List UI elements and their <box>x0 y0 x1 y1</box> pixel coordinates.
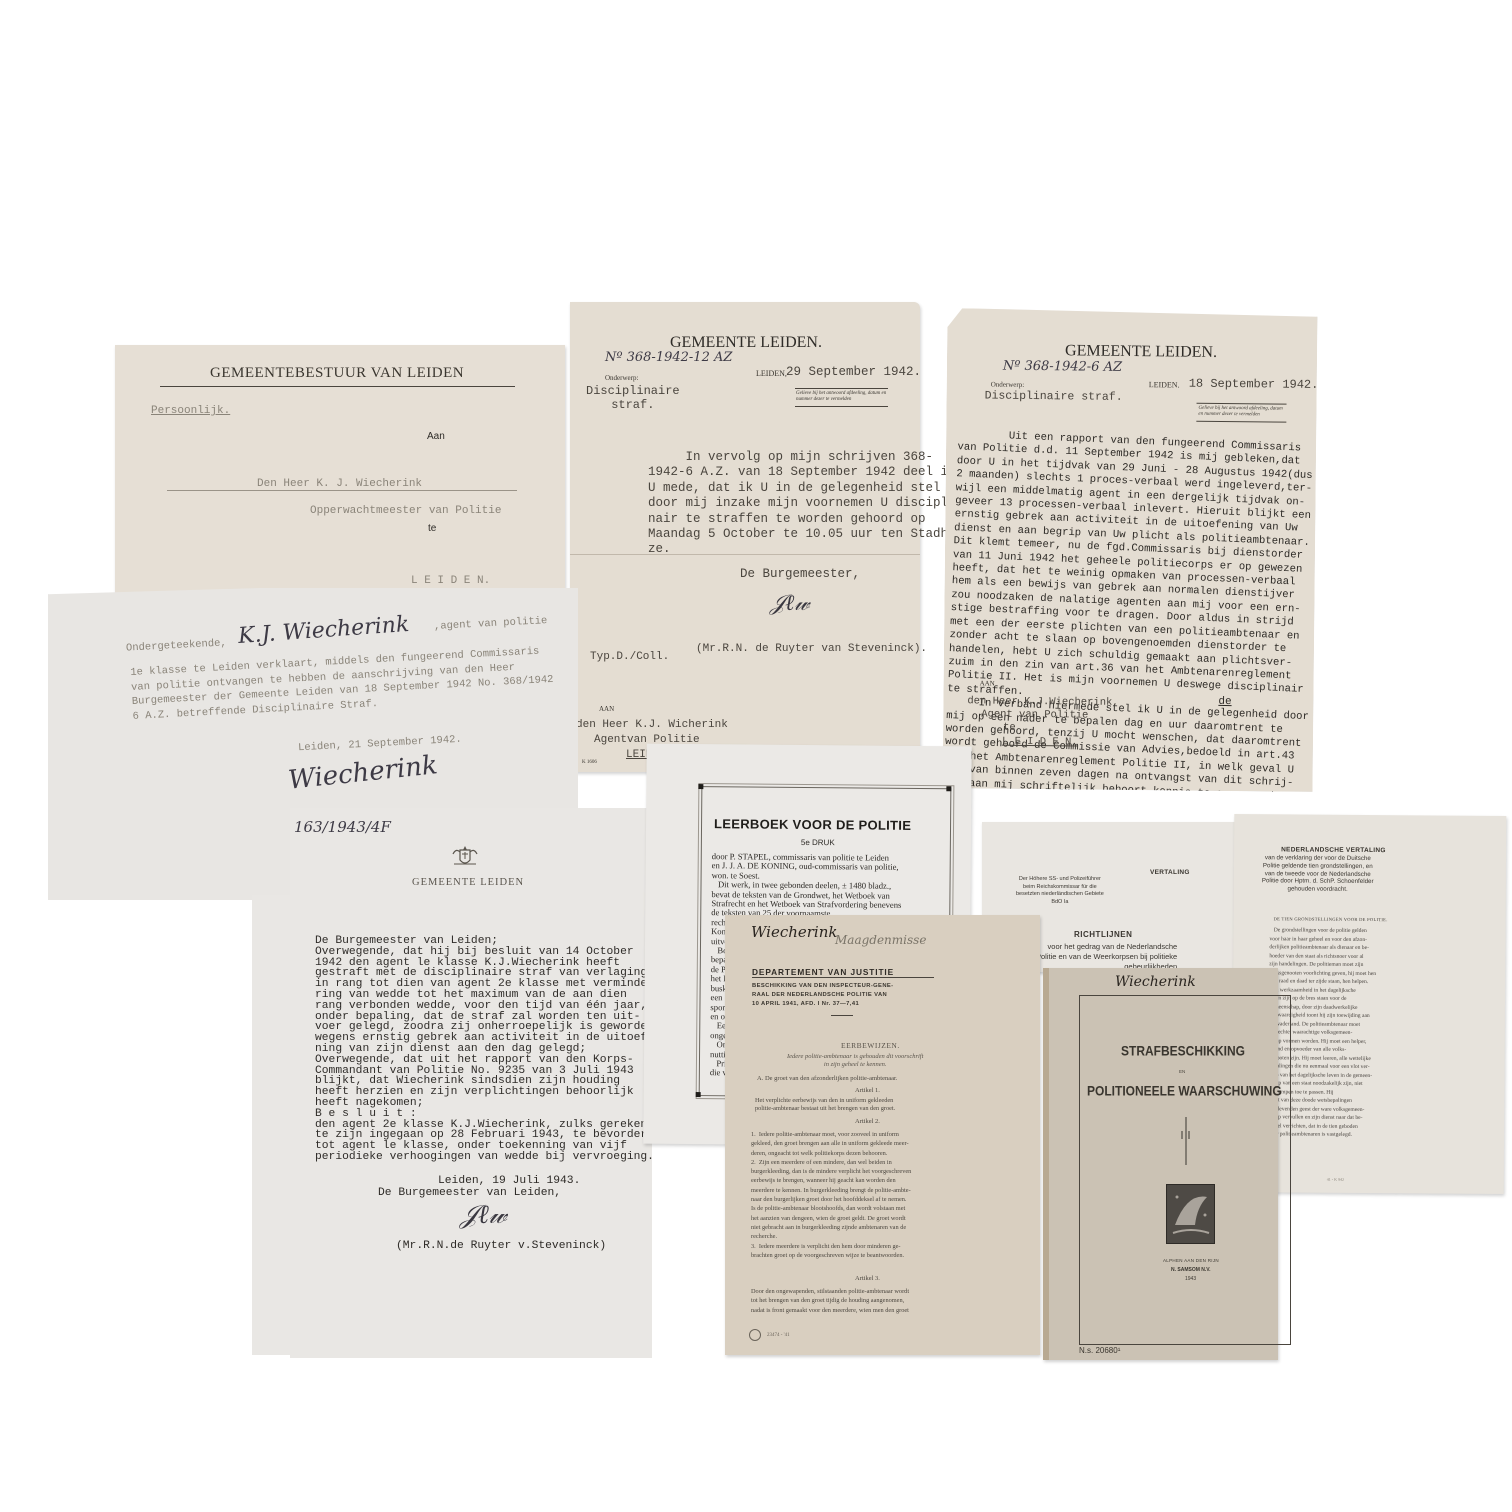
doc8-title: RICHTLIJNEN <box>1074 930 1132 939</box>
doc3-reply-rule-top <box>1197 403 1287 405</box>
doc1-city: L E I D E N. <box>411 575 490 587</box>
doc7-header-rule <box>752 977 934 978</box>
doc1-persoonlijk: Persoonlijk. <box>151 405 230 417</box>
doc2-reply-rule-top <box>795 388 888 389</box>
doc2-aan: AAN <box>599 705 614 713</box>
doc8-issuer: Der Höhere SS- und Polizeiführer beim Re… <box>1016 876 1104 906</box>
doc1-recipient-rule <box>167 490 517 491</box>
doc6-edition: 5e DRUK <box>801 838 835 847</box>
doc3-aan: AAN <box>980 679 995 687</box>
doc7-print-no: 23474 - '41 <box>767 1333 790 1338</box>
doc10-publisher-place: ALPHEN AAN DEN RIJN <box>1163 1258 1219 1263</box>
doc3-onderwerp: Disciplinaire straf. <box>985 388 1123 404</box>
doc-strafbeschikking-booklet: Wiecherink STRAFBESCHIKKING EN POLITIONE… <box>1043 968 1278 1360</box>
doc7-intro: Iedere politie-ambtenaar is gehouden dit… <box>787 1053 923 1069</box>
doc10-publisher-logo-icon <box>1166 1184 1215 1244</box>
doc7-title: EERBEWIJZEN. <box>841 1041 900 1050</box>
doc2-recipient: den Heer K.J. Wicherink <box>576 718 728 733</box>
doc5-body: De Burgemeester van Leiden; Overwegende,… <box>315 936 661 1163</box>
doc4-handwritten-name: K.J. Wiecherink <box>237 612 410 649</box>
doc7-art1-title: Artikel 1. <box>855 1087 880 1094</box>
doc5-signature: 𝒥ℓ𝓌 <box>460 1200 507 1231</box>
doc2-form-no: K 1606 <box>582 760 597 765</box>
doc2-closing: De Burgemeester, <box>740 567 860 582</box>
doc3-rank: Agent van Politie <box>981 707 1088 723</box>
doc2-signatory: (Mr.R.N. de Ruyter van Steveninck). <box>696 642 927 657</box>
doc2-reply-rule-bottom <box>795 406 888 407</box>
doc7-printer-mark-icon <box>749 1329 761 1341</box>
doc-letter-29-september-1942: GEMEENTE LEIDEN. Nº 368-1942-12 AZ Onder… <box>570 302 920 772</box>
doc3-reply-rule-bottom <box>1196 421 1286 423</box>
doc1-header: GEMEENTEBESTUUR VAN LEIDEN <box>210 365 464 382</box>
doc7-section-a: A. De groet van den afzonderlijken polit… <box>757 1075 897 1082</box>
doc10-title: STRAFBESCHIKKING <box>1121 1043 1245 1059</box>
doc5-signatory: (Mr.R.N.de Ruyter v.Steveninck) <box>396 1239 606 1255</box>
doc10-year: 1943 <box>1185 1276 1196 1282</box>
doc5-coat-of-arms-icon <box>450 844 480 868</box>
doc9-subtitle: van de verklaring der voor de Duitsche P… <box>1262 854 1374 894</box>
doc-departement-van-justitie: Wiecherink Maagdenmisse DEPARTEMENT VAN … <box>725 915 1040 1355</box>
doc5-left-strip <box>252 895 292 1355</box>
doc7-art2-title: Artikel 2. <box>855 1118 880 1125</box>
doc2-typist: Typ.D./Coll. <box>590 650 669 665</box>
doc2-reply-note: Gelieve bij het antwoord afdeeling, datu… <box>796 391 888 403</box>
doc10-en: EN <box>1179 1069 1185 1074</box>
doc5-ref: 163/1943/4F <box>294 818 391 836</box>
doc3-city: L E I D E N. <box>1002 735 1078 751</box>
doc4-date-line: Leiden, 21 September 1942. <box>298 734 462 755</box>
doc4-body: 1e klasse te Leiden verklaart, middels d… <box>130 644 555 724</box>
doc3-body: Uit een rapport van den fungeerend Commi… <box>943 428 1327 805</box>
doc3-place: LEIDEN. <box>1149 380 1180 389</box>
doc10-title2: POLITIONEELE WAARSCHUWING <box>1087 1083 1282 1099</box>
doc1-te: te <box>428 523 436 534</box>
doc3-te: te <box>1003 721 1016 736</box>
doc2-body: In vervolg op mijn schrijven 368- 1942-6… <box>648 450 971 558</box>
doc4-line1-suffix: ,agent van politie <box>434 615 548 633</box>
doc7-subheader: BESCHIKKING VAN DEN INSPECTEUR-GENE- RAA… <box>752 982 894 1009</box>
doc6-corner-icon <box>696 1092 701 1097</box>
doc2-place: LEIDEN, <box>756 369 787 378</box>
doc6-title: LEERBOEK VOOR DE POLITIE <box>714 816 911 833</box>
doc2-date: 29 September 1942. <box>786 365 921 380</box>
doc2-onderwerp-label: Onderwerp: <box>605 374 638 382</box>
doc2-onderwerp: Disciplinaire straf. <box>586 384 680 412</box>
doc7-header: DEPARTEMENT VAN JUSTITIE <box>752 967 894 977</box>
doc-letter-18-september-1942: GEMEENTE LEIDEN. Nº 368-1942-6 AZ Onderw… <box>942 308 1317 792</box>
doc6-corner-icon <box>946 786 951 791</box>
doc-besluit-19-juli-1943: 163/1943/4F GEMEENTE LEIDEN De Burgemees… <box>290 808 652 1358</box>
doc9-section: DE TIEN GRONDSTELLINGEN VOOR DE POLITIE. <box>1274 916 1388 922</box>
doc-gemeentebestuur-cover: GEMEENTEBESTUUR VAN LEIDEN Persoonlijk. … <box>115 345 565 600</box>
doc7-sub-rule <box>831 1015 853 1016</box>
doc5-header: GEMEENTE LEIDEN <box>412 877 524 888</box>
doc1-header-rule <box>160 386 515 387</box>
doc9-print-no: 41 - K 942 <box>1327 1177 1344 1182</box>
doc7-art1: Het verplichte eerbewijs van den in unif… <box>755 1097 895 1113</box>
doc4-signature: Wiecherink <box>287 750 439 796</box>
doc7-art3: Door den ongewapenden, stilstaanden poli… <box>751 1287 909 1315</box>
doc10-handwritten: Wiecherink <box>1115 974 1196 990</box>
doc7-art2: 1. Iedere politie-ambtenaar moet, voor z… <box>751 1130 911 1260</box>
doc2-fold-line <box>570 554 920 555</box>
doc1-aan: Aan <box>427 431 445 442</box>
doc8-label: VERTALING <box>1150 869 1190 876</box>
doc3-date: 18 September 1942. <box>1189 377 1319 393</box>
doc6-corner-icon <box>698 784 703 789</box>
doc10-print-no: N.s. 20680¹ <box>1079 1346 1120 1355</box>
doc7-handwritten-2: Maagdenmisse <box>835 933 926 947</box>
doc7-handwritten: Wiecherink <box>751 923 837 941</box>
doc3-continued: de <box>1218 695 1231 711</box>
doc3-ref: Nº 368-1942-6 AZ <box>1003 359 1122 375</box>
doc1-recipient: Den Heer K. J. Wiecherink <box>257 478 422 490</box>
doc7-art3-title: Artikel 3. <box>855 1275 880 1282</box>
doc10-rune-icon <box>1179 1115 1193 1165</box>
doc9-title: NEDERLANDSCHE VERTALING <box>1281 846 1386 854</box>
doc10-publisher: N. SAMSOM N.V. <box>1171 1267 1211 1273</box>
doc2-ref: Nº 368-1942-12 AZ <box>605 350 732 365</box>
doc2-signature: 𝒥ℓ𝓌 <box>770 590 810 616</box>
doc1-rank: Opperwachtmeester van Politie <box>310 505 501 517</box>
doc3-reply-note: Gelieve bij het antwoord afdeeling, datu… <box>1198 406 1286 419</box>
doc4-line1-prefix: Ondergeteekende, <box>126 637 227 654</box>
